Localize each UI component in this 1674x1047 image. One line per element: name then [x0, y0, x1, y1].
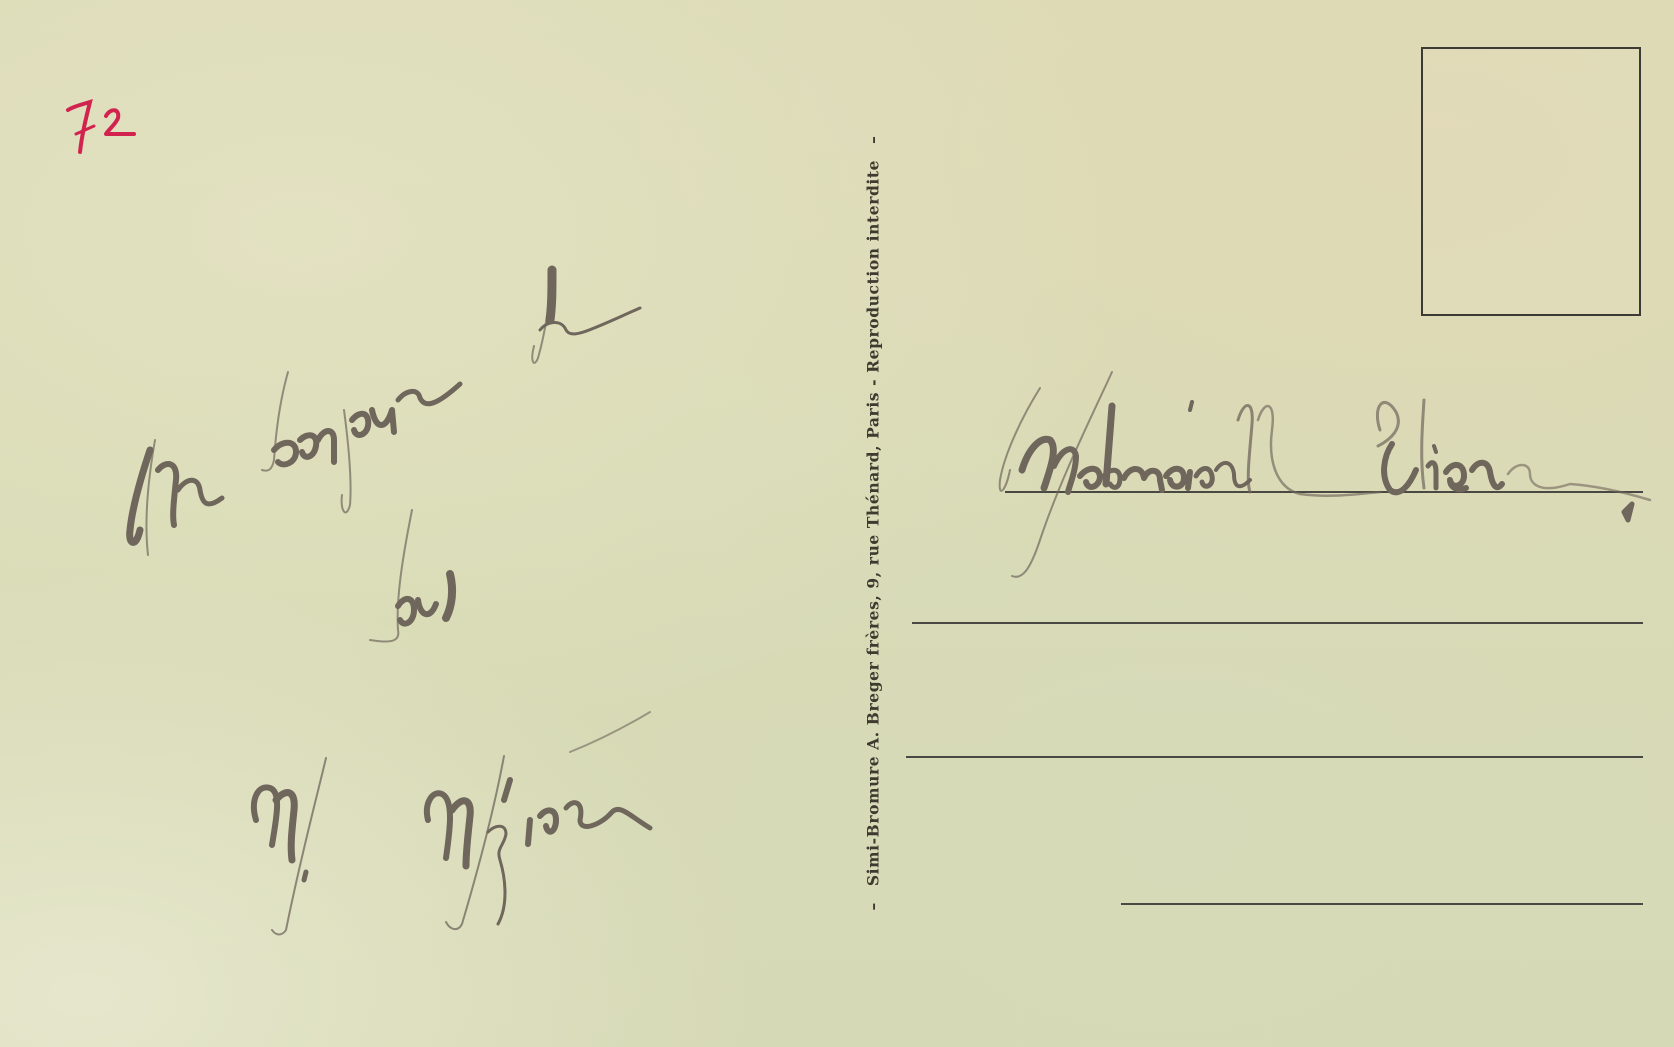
address-line-1	[1005, 491, 1643, 493]
handwriting-word-meziere	[427, 712, 650, 929]
handwriting-word-bonjour	[262, 372, 460, 512]
address-line-4	[1121, 903, 1643, 905]
inventory-number-mark	[60, 88, 150, 168]
inventory-number-text: 72	[0, 0, 1, 1]
printer-imprint: – Simi-Bromure A. Breger frères, 9, rue …	[864, 126, 883, 921]
handwriting-word-m-initial	[254, 758, 326, 935]
stamp-box	[1421, 47, 1641, 316]
handwriting-word-de	[532, 270, 640, 363]
handwriting-word-loin	[370, 510, 452, 642]
address-line-2	[912, 622, 1643, 624]
handwriting-recipient	[1000, 372, 1650, 577]
message-line-1: Un bonjour de	[0, 0, 1, 1]
imprint-text: Simi-Bromure A. Breger frères, 9, rue Th…	[864, 160, 883, 886]
imprint-dash-right: –	[864, 136, 883, 144]
address-line-3	[906, 756, 1643, 758]
handwriting-word-un	[130, 440, 222, 555]
postcard-back: 72 – Simi-Bromure A. Breger frères, 9, r…	[0, 0, 1674, 1047]
recipient-text: Mademoiselle Eliane	[0, 0, 1, 1]
message-text: Un bonjour de loin M. Mézière	[0, 0, 1, 1]
imprint-dash-left: –	[864, 902, 883, 910]
recipient-name: Mademoiselle Eliane	[0, 0, 1, 1]
